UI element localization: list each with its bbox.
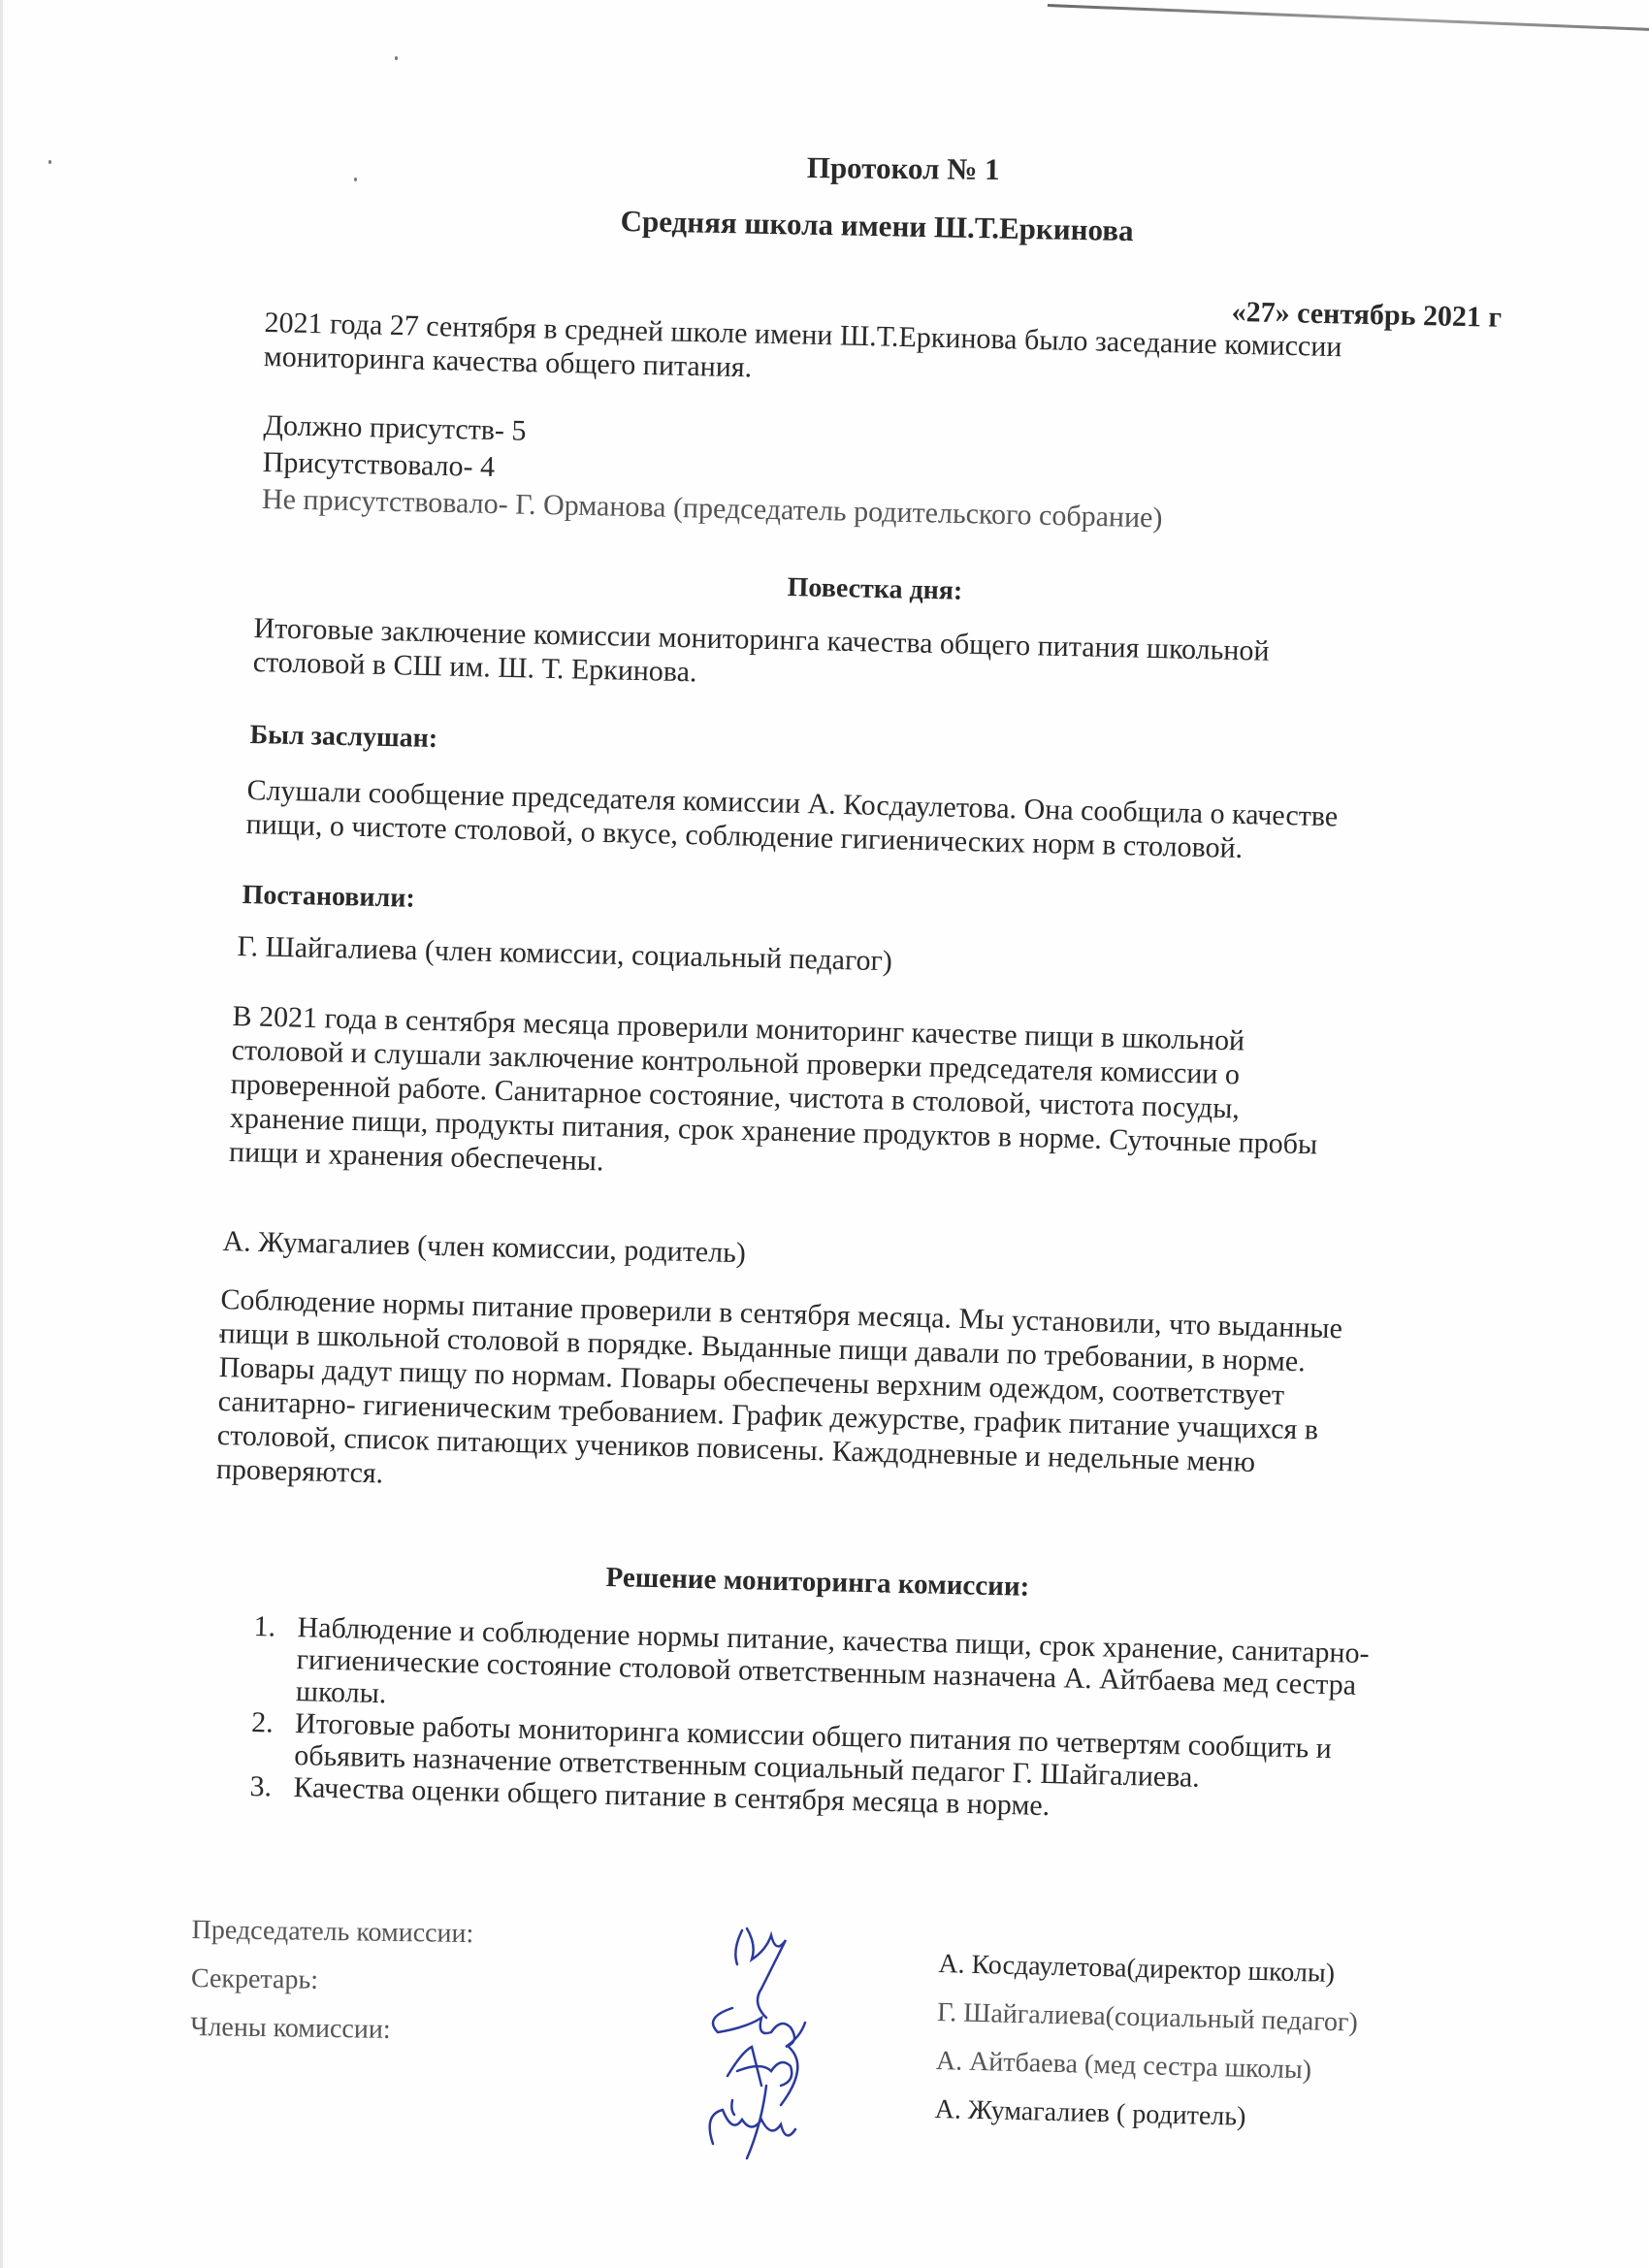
secretary-label: Секретарь: xyxy=(191,1955,473,2007)
signer-name: А. Жумагалиев ( родитель) xyxy=(934,2086,1356,2145)
decision-number: 3. xyxy=(249,1770,272,1803)
speaker2-name: А. Жумагалиев (член комиссии, родитель) xyxy=(222,1224,746,1270)
decision-list: 1. Наблюдение и соблюдение нормы питание… xyxy=(249,1610,1370,1830)
speaker2-text: Соблюдение нормы питание проверили в сен… xyxy=(216,1282,1343,1515)
resolved-heading: Постановили: xyxy=(242,878,415,916)
signature-labels: Председатель комиссии: Секретарь: Члены … xyxy=(190,1906,474,2056)
school-name: Средняя школа имени Ш.Т.Еркинова xyxy=(620,204,1134,248)
attendance: Должно присутств- 5 Присутствовало- 4 Не… xyxy=(262,407,1165,536)
agenda-text: Итоговые заключение комиссии мониторинга… xyxy=(252,611,1269,702)
intro-paragraph: 2021 года 27 сентября в средней школе им… xyxy=(263,306,1342,398)
scan-speck xyxy=(395,56,398,60)
scan-fold-line xyxy=(1048,4,1649,32)
heard-text: Слушали сообщение председателя комиссии … xyxy=(245,773,1338,867)
speaker1-text: В 2021 года в сентября месяца проверили … xyxy=(229,999,1320,1195)
agenda-heading: Повестка дня: xyxy=(787,572,962,607)
scan-speck xyxy=(354,178,357,181)
scan-edge xyxy=(0,0,3,2268)
scan-speck xyxy=(48,160,51,164)
decision-number: 2. xyxy=(251,1706,274,1739)
members-label: Члены комиссии: xyxy=(190,2003,472,2056)
signature-names: А. Косдаулетова(директор школы) Г. Шайга… xyxy=(934,1940,1360,2145)
heard-heading: Был заслушан: xyxy=(249,718,437,756)
scanned-page: Протокол № 1 Средняя школа имени Ш.Т.Ерк… xyxy=(0,0,1649,2268)
document-title: Протокол № 1 xyxy=(807,150,1000,187)
decision-heading: Решение мониторинга комиссии: xyxy=(605,1562,1029,1604)
speaker1-name: Г. Шайгалиева (член комиссии, социальный… xyxy=(237,929,892,978)
decision-number: 1. xyxy=(253,1610,275,1643)
chair-label: Председатель комиссии: xyxy=(191,1906,473,1959)
handwritten-signatures xyxy=(674,1911,849,2163)
